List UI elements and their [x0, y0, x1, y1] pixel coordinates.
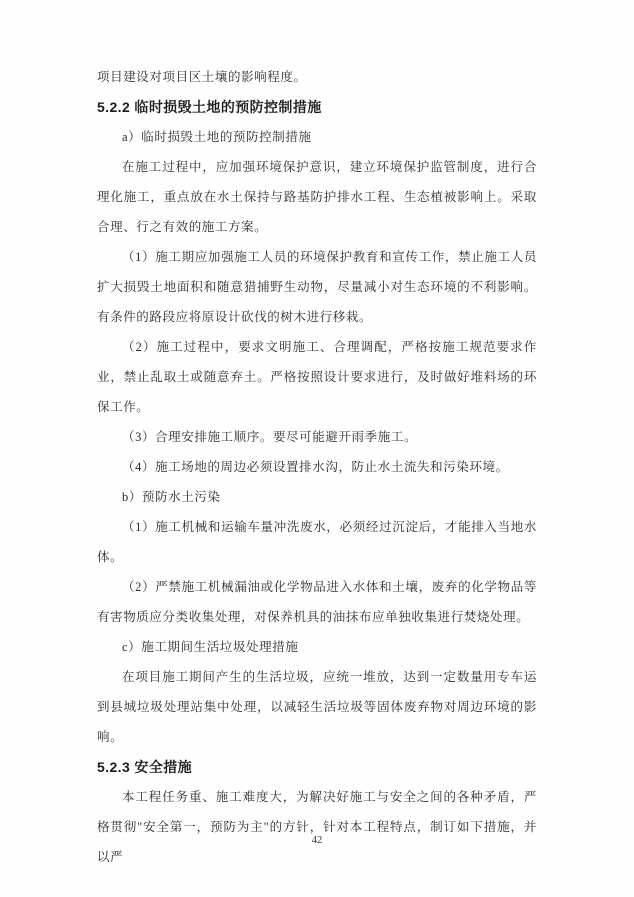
paragraph-numbered-4: （4）施工场地的周边必须设置排水沟，防止水土流失和污染环境。: [97, 452, 537, 482]
paragraph: 在项目施工期间产生的生活垃圾，应统一堆放，达到一定数量用专车运到县城垃圾处理站集…: [97, 662, 537, 752]
paragraph-numbered-1: （1）施工期应加强施工人员的环境保护教育和宣传工作，禁止施工人员扩大损毁土地面积…: [97, 242, 537, 332]
paragraph-numbered-2b: （2）严禁施工机械漏油或化学物品进入水体和土壤，废弃的化学物品等有害物质应分类收…: [97, 572, 537, 632]
page-footer: 42: [0, 830, 634, 848]
page-body: 项目建设对项目区土壤的影响程度。 5.2.2 临时损毁土地的预防控制措施 a）临…: [97, 62, 537, 872]
paragraph: 本工程任务重、施工难度大，为解决好施工与安全之间的各种矛盾，严格贯彻"安全第一，…: [97, 782, 537, 872]
list-item-a: a）临时损毁土地的预防控制措施: [97, 122, 537, 152]
section-heading-5-2-3: 5.2.3 安全措施: [97, 752, 537, 782]
list-item-c: c）施工期间生活垃圾处理措施: [97, 632, 537, 662]
paragraph-numbered-3: （3）合理安排施工顺序。要尽可能避开雨季施工。: [97, 422, 537, 452]
paragraph-numbered-1b: （1）施工机械和运输车量冲洗废水，必须经过沉淀后，才能排入当地水体。: [97, 512, 537, 572]
paragraph: 在施工过程中，应加强环境保护意识，建立环境保护监管制度，进行合理化施工，重点放在…: [97, 152, 537, 242]
page-number: 42: [312, 835, 323, 846]
section-heading-5-2-2: 5.2.2 临时损毁土地的预防控制措施: [97, 92, 537, 122]
paragraph-continuation: 项目建设对项目区土壤的影响程度。: [97, 62, 537, 92]
document-page: 项目建设对项目区土壤的影响程度。 5.2.2 临时损毁土地的预防控制措施 a）临…: [0, 0, 634, 897]
list-item-b: b）预防水土污染: [97, 482, 537, 512]
paragraph-numbered-2: （2）施工过程中，要求文明施工、合理调配，严格按施工规范要求作业，禁止乱取土或随…: [97, 332, 537, 422]
